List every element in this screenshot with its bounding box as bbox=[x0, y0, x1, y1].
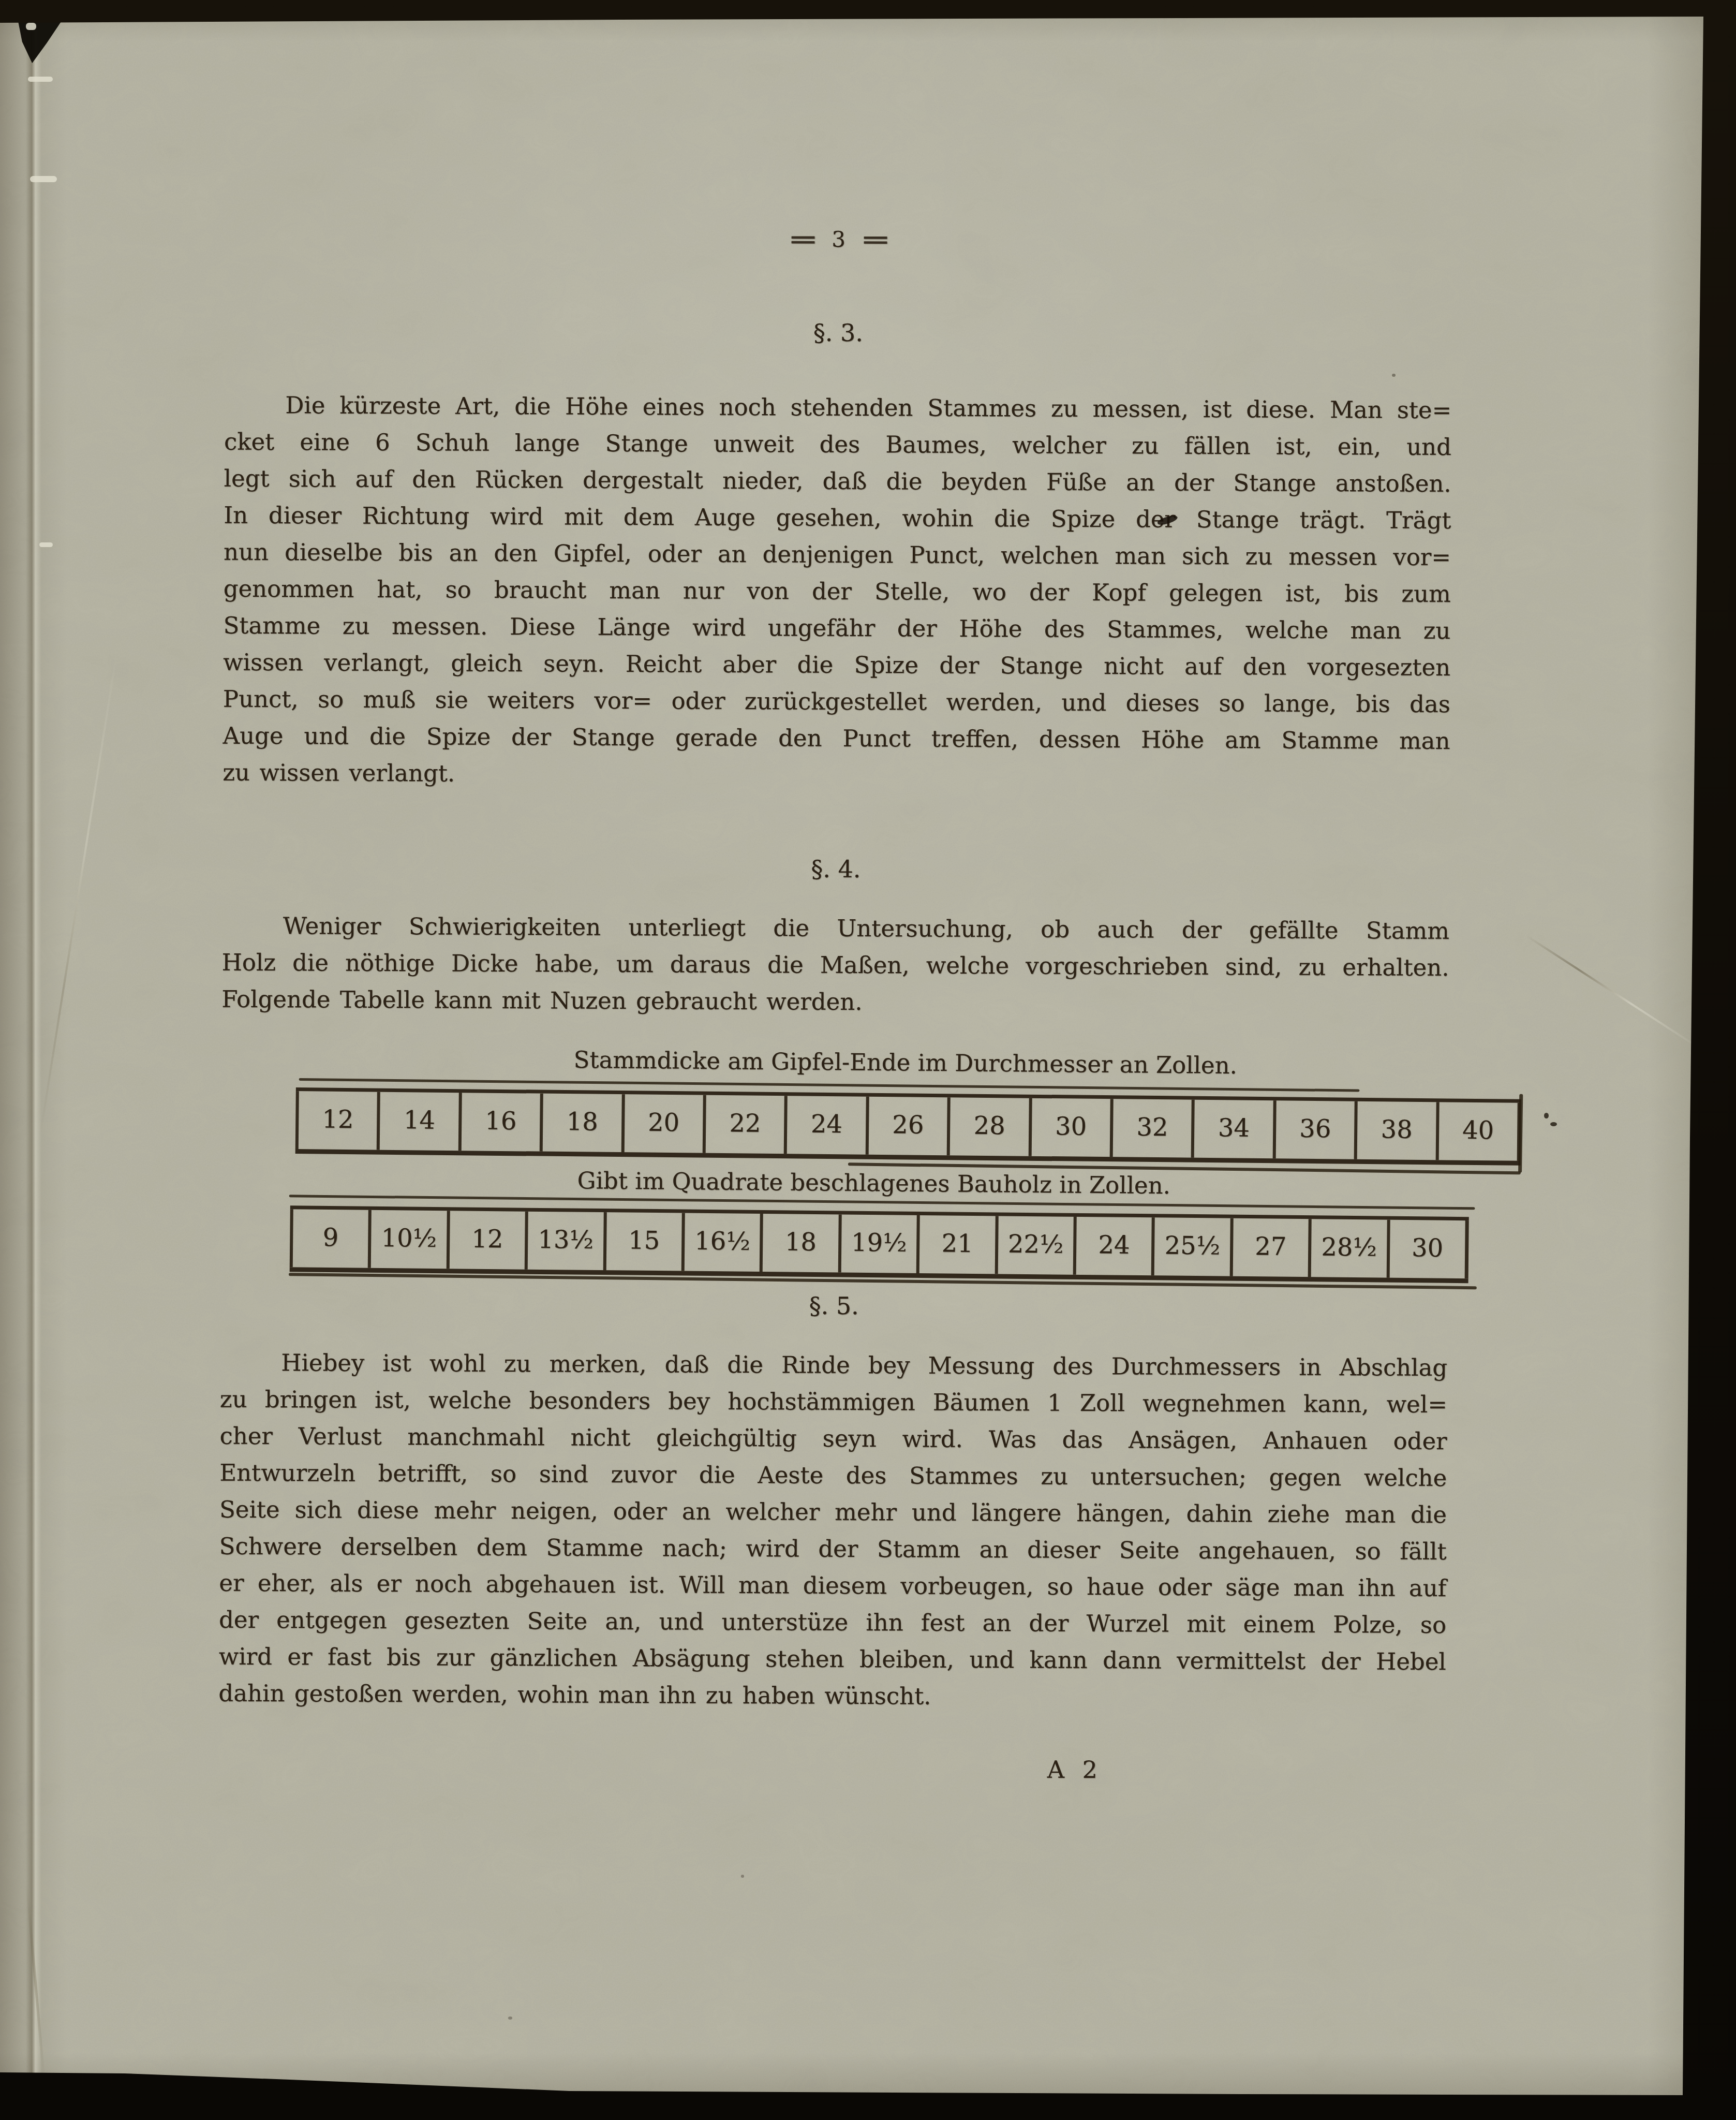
table-title-diameter: Stammdicke am Gipfel-Ende im Durchmesser… bbox=[290, 1041, 1521, 1084]
text-line: zu wissen verlangt. bbox=[222, 754, 1450, 796]
table-cell: 20 bbox=[621, 1094, 703, 1153]
text-line: nun dieselbe bis an den Gipfel, oder an … bbox=[224, 534, 1451, 576]
table-cell: 36 bbox=[1273, 1100, 1355, 1159]
table-cell: 24 bbox=[1073, 1217, 1152, 1275]
table-cell: 13½ bbox=[525, 1212, 603, 1270]
table-row-squared-timber: 910½1213½1516½1819½2122½2425½2728½30 bbox=[290, 1205, 1469, 1283]
table-cell: 25½ bbox=[1151, 1217, 1230, 1276]
table-rule bbox=[1518, 1094, 1523, 1173]
text-line: dahin gestoßen werden, wohin man ihn zu … bbox=[218, 1675, 1446, 1717]
text-line: Auge und die Spize der Stange gerade den… bbox=[222, 717, 1450, 759]
page-number: = 3 = bbox=[225, 224, 1452, 255]
table-cell: 16½ bbox=[681, 1213, 760, 1272]
text-line: zu bringen ist, welche besonders bey hoc… bbox=[220, 1381, 1447, 1423]
signature-mark: A 2 bbox=[1047, 1756, 1103, 1784]
text-line: wird er fast bis zur gänzlichen Absägung… bbox=[219, 1638, 1446, 1680]
table-cell: 12 bbox=[447, 1211, 525, 1269]
table-cell: 14 bbox=[377, 1092, 458, 1151]
text-line: Die kürzeste Art, die Höhe eines noch st… bbox=[224, 387, 1451, 429]
table-cell: 30 bbox=[1028, 1098, 1110, 1157]
printed-content: = 3 = §. 3. Die kürzeste Art, die Höhe e… bbox=[0, 0, 1736, 2120]
text-line: cket eine 6 Schuh lange Stange unweit de… bbox=[224, 423, 1451, 465]
text-line: wissen verlangt, gleich seyn. Reicht abe… bbox=[223, 644, 1450, 686]
table-row-diameter: 121416182022242628303234363840 bbox=[295, 1087, 1521, 1166]
text-line: Schwere derselben dem Stamme nach; wird … bbox=[219, 1528, 1447, 1570]
text-line: Punct, so muß sie weiters vor= oder zurü… bbox=[223, 681, 1450, 723]
table-cell: 16 bbox=[458, 1093, 540, 1152]
text-line: Hiebey ist wohl zu merken, daß die Rinde… bbox=[220, 1344, 1447, 1386]
page-number-value: 3 bbox=[832, 227, 845, 252]
table-cell: 19½ bbox=[838, 1214, 917, 1273]
table-cell: 28 bbox=[947, 1097, 1029, 1156]
section-heading-4: §. 4. bbox=[222, 850, 1449, 888]
text-line: Holz die nöthige Dicke habe, um daraus d… bbox=[221, 944, 1449, 986]
paragraph-section-4: Weniger Schwierigkeiten unterliegt die U… bbox=[221, 907, 1449, 1023]
page-number-dash-left: = bbox=[788, 226, 817, 252]
table-cell: 9 bbox=[290, 1209, 368, 1268]
paragraph-section-5: Hiebey ist wohl zu merken, daß die Rinde… bbox=[218, 1344, 1447, 1717]
text-line: genommen hat, so braucht man nur von der… bbox=[224, 570, 1451, 612]
table-cell: 30 bbox=[1386, 1220, 1468, 1279]
text-line: Stamme zu messen. Diese Länge wird ungef… bbox=[223, 607, 1450, 649]
table-cell: 26 bbox=[866, 1097, 947, 1156]
paragraph-section-3: Die kürzeste Art, die Höhe eines noch st… bbox=[222, 387, 1451, 796]
table-cell: 21 bbox=[916, 1215, 995, 1274]
text-line: Seite sich diese mehr neigen, oder an we… bbox=[219, 1491, 1447, 1533]
section-heading-3: §. 3. bbox=[225, 314, 1452, 351]
table-cell: 34 bbox=[1191, 1100, 1273, 1159]
table-cell: 24 bbox=[784, 1096, 866, 1155]
text-line: legt sich auf den Rücken dergestalt nied… bbox=[224, 460, 1451, 502]
table-cell: 28½ bbox=[1308, 1219, 1387, 1277]
table-cell: 12 bbox=[295, 1091, 377, 1150]
text-line: cher Verlust manchmahl nicht gleichgülti… bbox=[219, 1418, 1447, 1460]
text-line: In dieser Richtung wird mit dem Auge ges… bbox=[224, 497, 1451, 539]
text-line: Folgende Tabelle kann mit Nuzen gebrauch… bbox=[221, 981, 1449, 1023]
table-cell: 32 bbox=[1110, 1099, 1192, 1158]
table-cell: 10½ bbox=[368, 1210, 447, 1269]
text-line: der entgegen gesezten Seite an, und unte… bbox=[219, 1601, 1446, 1643]
table-cell: 22 bbox=[703, 1095, 784, 1154]
text-line: er eher, als er noch abgehauen ist. Will… bbox=[219, 1565, 1446, 1607]
table-cell: 27 bbox=[1230, 1218, 1309, 1277]
page-number-dash-right: = bbox=[860, 227, 889, 252]
table-cell: 15 bbox=[603, 1212, 681, 1271]
section-heading-5: §. 5. bbox=[220, 1287, 1448, 1324]
book-page: = 3 = §. 3. Die kürzeste Art, die Höhe e… bbox=[0, 0, 1736, 2120]
table-cell: 38 bbox=[1354, 1101, 1436, 1160]
text-line: Entwurzeln betrifft, so sind zuvor die A… bbox=[219, 1454, 1447, 1496]
table-cell: 40 bbox=[1435, 1102, 1521, 1161]
scan-background: = 3 = §. 3. Die kürzeste Art, die Höhe e… bbox=[0, 0, 1736, 2120]
table-cell: 18 bbox=[760, 1214, 838, 1272]
table-cell: 22½ bbox=[995, 1216, 1073, 1274]
table-cell: 18 bbox=[540, 1094, 621, 1153]
text-line: Weniger Schwierigkeiten unterliegt die U… bbox=[222, 907, 1449, 949]
